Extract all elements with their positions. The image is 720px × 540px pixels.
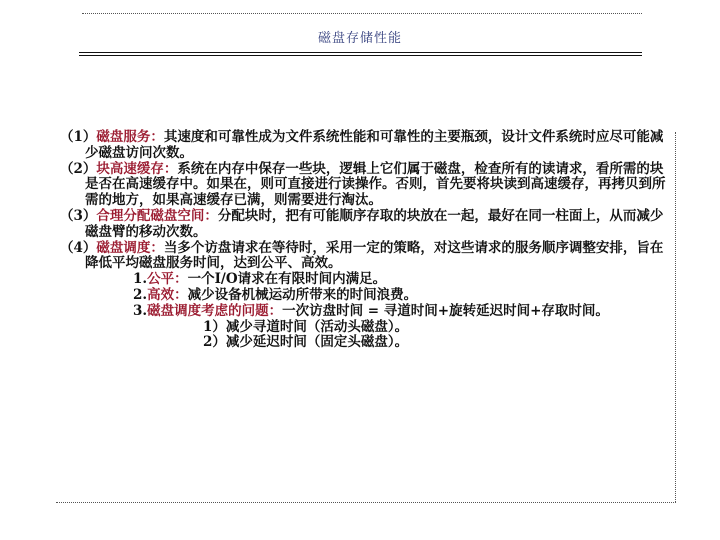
item-highlight: 合理分配磁盘空间： — [96, 208, 218, 224]
item-highlight: 块高速缓存： — [96, 161, 177, 177]
item-disk-allocation: （3）合理分配磁盘空间：分配块时，把有可能顺序存取的块放在一起，最好在同一柱面上… — [60, 209, 672, 241]
slide-title: 磁盘存储性能 — [0, 27, 720, 46]
item-disk-service: （1）磁盘服务：其速度和可靠性成为文件系统性能和可靠性的主要瓶颈，设计文件系统时… — [60, 130, 672, 162]
item-text: 当多个访盘请求在等待时，采用一定的策略，对这些请求的服务顺序调整安排，旨在降低平… — [85, 240, 663, 272]
subitem-text: 减少设备机械运动所带来的时间浪费。 — [188, 287, 418, 303]
bottom-dotted-border — [56, 502, 676, 503]
subitem-text: 一次访盘时间 = 寻道时间+旋转延迟时间+存取时间。 — [282, 303, 609, 319]
item-prefix: （3） — [60, 208, 96, 224]
item-prefix: （1） — [60, 129, 96, 145]
subitem-highlight: 公平： — [147, 271, 188, 287]
subitem-prefix: 2. — [133, 287, 147, 303]
subitem-text: 一个I/O请求在有限时间内满足。 — [188, 271, 387, 287]
subitem-highlight: 磁盘调度考虑的问题： — [147, 303, 282, 319]
item-prefix: （2） — [60, 161, 96, 177]
item-disk-scheduling: （4）磁盘调度：当多个访盘请求在等待时，采用一定的策略，对这些请求的服务顺序调整… — [60, 241, 672, 273]
item-text: 其速度和可靠性成为文件系统性能和可靠性的主要瓶颈，设计文件系统时应尽可能减少磁盘… — [85, 129, 663, 161]
subitem-efficiency: 2.高效：减少设备机械运动所带来的时间浪费。 — [60, 288, 672, 304]
subitem-scheduling-issues: 3.磁盘调度考虑的问题：一次访盘时间 = 寻道时间+旋转延迟时间+存取时间。 — [60, 304, 672, 320]
subitem-fairness: 1.公平：一个I/O请求在有限时间内满足。 — [60, 272, 672, 288]
right-dotted-border — [675, 132, 676, 502]
slide-body: （1）磁盘服务：其速度和可靠性成为文件系统性能和可靠性的主要瓶颈，设计文件系统时… — [60, 130, 672, 351]
item-highlight: 磁盘调度： — [96, 240, 164, 256]
subitem-prefix: 3. — [133, 303, 147, 319]
subitem-prefix: 1. — [133, 271, 147, 287]
subsubitem-seek-time: 1）减少寻道时间（活动头磁盘）。 — [60, 320, 672, 336]
item-prefix: （4） — [60, 240, 96, 256]
subsubitem-latency-time: 2）减少延迟时间（固定头磁盘）。 — [60, 335, 672, 351]
title-double-rule — [79, 52, 642, 56]
item-block-cache: （2）块高速缓存：系统在内存中保存一些块，逻辑上它们属于磁盘，检查所有的读请求，… — [60, 162, 672, 209]
top-dotted-border — [82, 13, 642, 14]
subitem-highlight: 高效： — [147, 287, 188, 303]
item-highlight: 磁盘服务： — [96, 129, 164, 145]
